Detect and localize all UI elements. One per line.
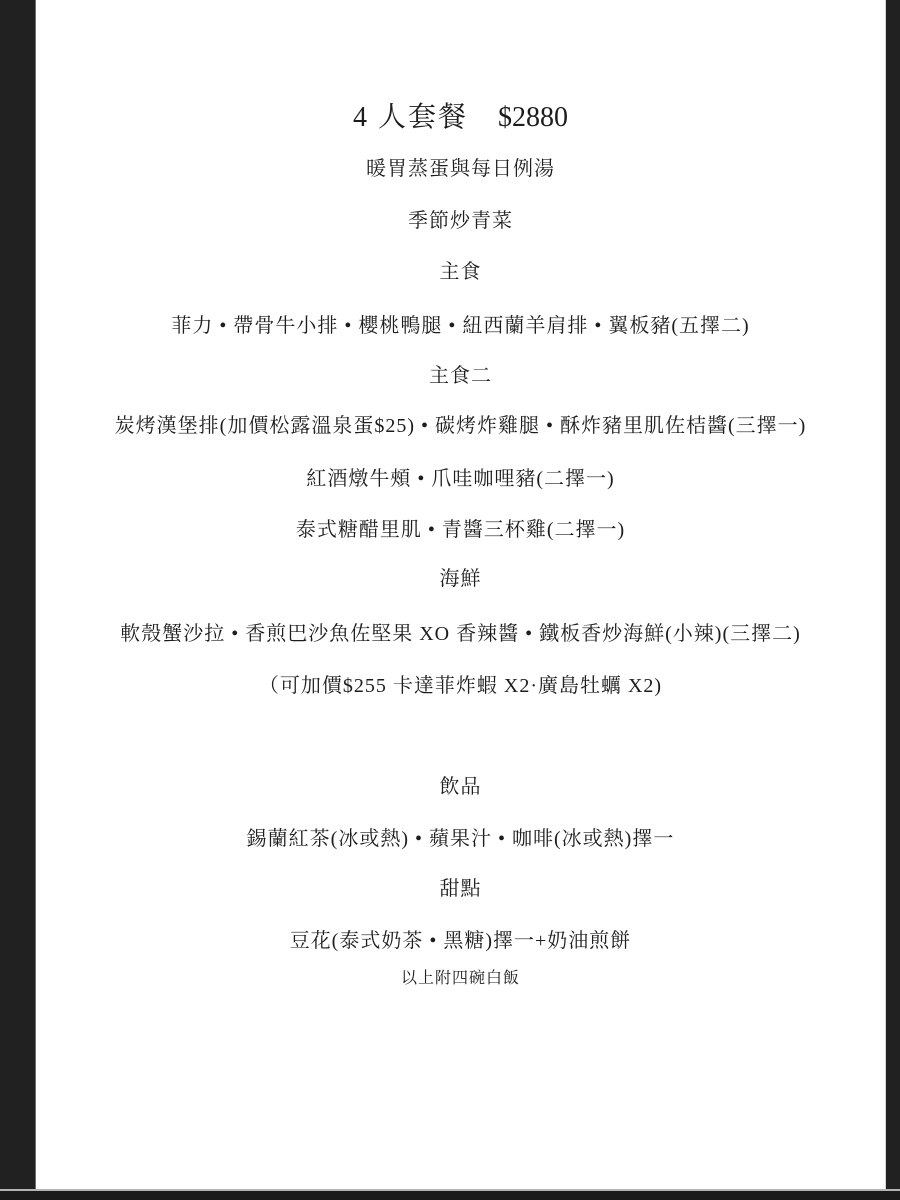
left-frame-bar [0,0,36,1200]
line-seafood-options: 軟殼蟹沙拉 • 香煎巴沙魚佐堅果 XO 香辣醬 • 鐵板香炒海鮮(小辣)(三擇二… [36,622,885,647]
line-vegetable: 季節炒青菜 [36,209,885,234]
line-main-two-options-2: 紅酒燉牛頰 • 爪哇咖哩豬(二擇一) [36,467,885,492]
line-rice-note: 以上附四碗白飯 [36,969,885,989]
menu-title: 4 人套餐$2880 [36,100,885,135]
line-soup: 暖胃蒸蛋與每日例湯 [36,157,885,182]
line-seafood-addon: （可加價$255 卡達菲炸蝦 X2·廣島牡蠣 X2) [36,674,885,699]
section-drinks: 飲品 [36,775,885,800]
line-main-two-options-1: 炭烤漢堡排(加價松露溫泉蛋$25) • 碳烤炸雞腿 • 酥炸豬里肌佐桔醬(三擇一… [36,414,885,439]
bottom-frame-bar [0,1189,900,1200]
line-main-options: 菲力 • 帶骨牛小排 • 櫻桃鴨腿 • 紐西蘭羊肩排 • 翼板豬(五擇二) [36,314,885,339]
right-frame-bar [885,0,900,1200]
section-main-two: 主食二 [36,364,885,389]
menu-title-text: 4 人套餐 [353,102,468,133]
menu-price: $2880 [498,102,568,133]
section-main: 主食 [36,260,885,285]
menu-page: 4 人套餐$2880 暖胃蒸蛋與每日例湯 季節炒青菜 主食 菲力 • 帶骨牛小排… [36,0,885,1189]
section-seafood: 海鮮 [36,567,885,592]
menu-screenshot: 4 人套餐$2880 暖胃蒸蛋與每日例湯 季節炒青菜 主食 菲力 • 帶骨牛小排… [0,0,900,1200]
section-dessert: 甜點 [36,877,885,902]
line-drink-options: 錫蘭紅茶(冰或熱) • 蘋果汁 • 咖啡(冰或熱)擇一 [36,827,885,852]
line-main-two-options-3: 泰式糖醋里肌 • 青醬三杯雞(二擇一) [36,518,885,543]
line-dessert-options: 豆花(泰式奶茶 • 黑糖)擇一+奶油煎餅 [36,929,885,954]
